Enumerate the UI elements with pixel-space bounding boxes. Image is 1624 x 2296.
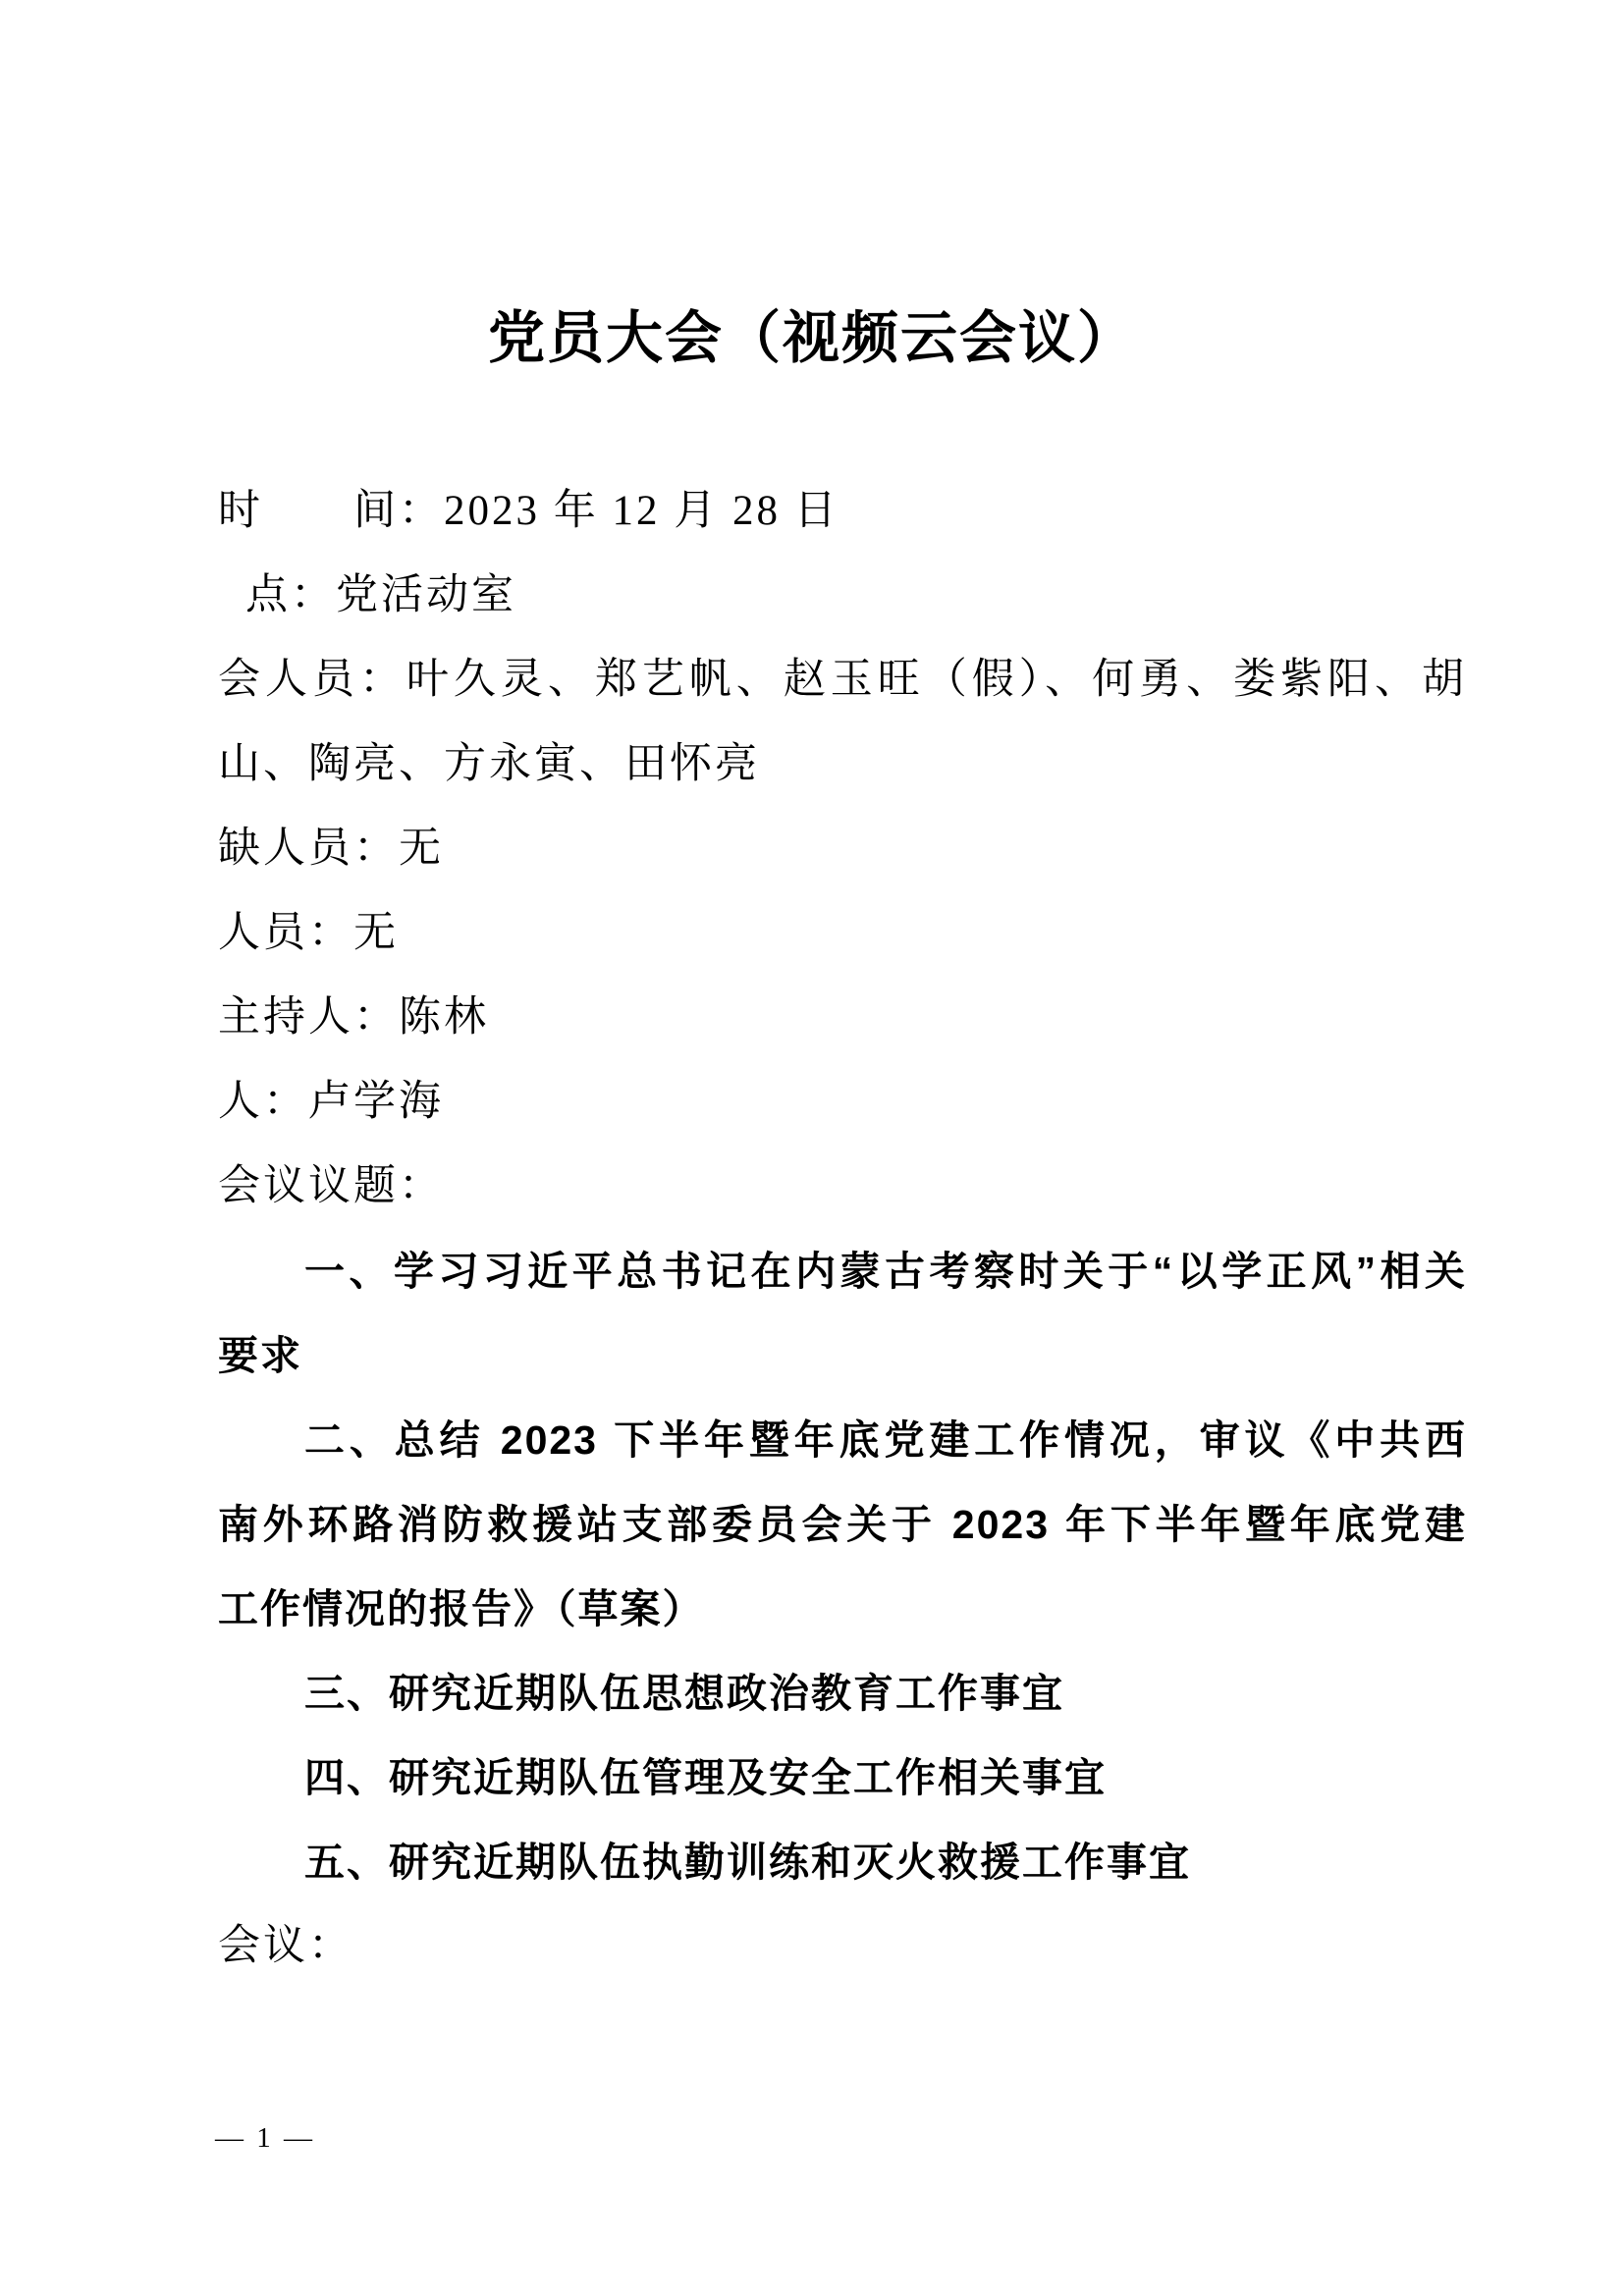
line-host: 主持人：陈林	[218, 976, 1467, 1060]
agenda-item-1-cont: 要求	[218, 1313, 1467, 1398]
line-location: 点：党活动室	[218, 554, 1467, 638]
line-personnel: 人员：无	[218, 891, 1467, 976]
line-absent: 缺人员：无	[218, 807, 1467, 891]
document-title: 党员大会（视频云会议）	[0, 297, 1624, 380]
line-attendees-cont: 山、陶亮、方永寅、田怀亮	[218, 722, 1467, 807]
agenda-item-5: 五、研究近期队伍执勤训练和灭火救援工作事宜	[218, 1820, 1467, 1904]
document-body: 时 间：2023 年 12 月 28 日 点：党活动室 会人员：叶久灵、郑艺帆、…	[218, 469, 1467, 1989]
line-meeting: 会议：	[218, 1904, 1467, 1989]
line-agenda-label: 会议议题：	[218, 1145, 1467, 1229]
page-number: — 1 —	[215, 2118, 315, 2158]
agenda-item-1: 一、学习习近平总书记在内蒙古考察时关于“以学正风”相关	[218, 1229, 1467, 1313]
agenda-item-2: 二、总结 2023 下半年暨年底党建工作情况，审议《中共西	[218, 1398, 1467, 1482]
document-page: 党员大会（视频云会议） 时 间：2023 年 12 月 28 日 点：党活动室 …	[0, 0, 1624, 2296]
agenda-item-2-cont-2: 工作情况的报告》（草案）	[218, 1567, 1467, 1651]
agenda-item-3: 三、研究近期队伍思想政治教育工作事宜	[218, 1651, 1467, 1735]
agenda-item-4: 四、研究近期队伍管理及安全工作相关事宜	[218, 1735, 1467, 1820]
line-recorder: 人：卢学海	[218, 1060, 1467, 1145]
agenda-item-2-cont-1: 南外环路消防救援站支部委员会关于 2023 年下半年暨年底党建	[218, 1482, 1467, 1567]
line-time: 时 间：2023 年 12 月 28 日	[218, 469, 1467, 554]
line-attendees: 会人员：叶久灵、郑艺帆、赵玉旺（假）、何勇、娄紫阳、胡	[218, 638, 1467, 722]
